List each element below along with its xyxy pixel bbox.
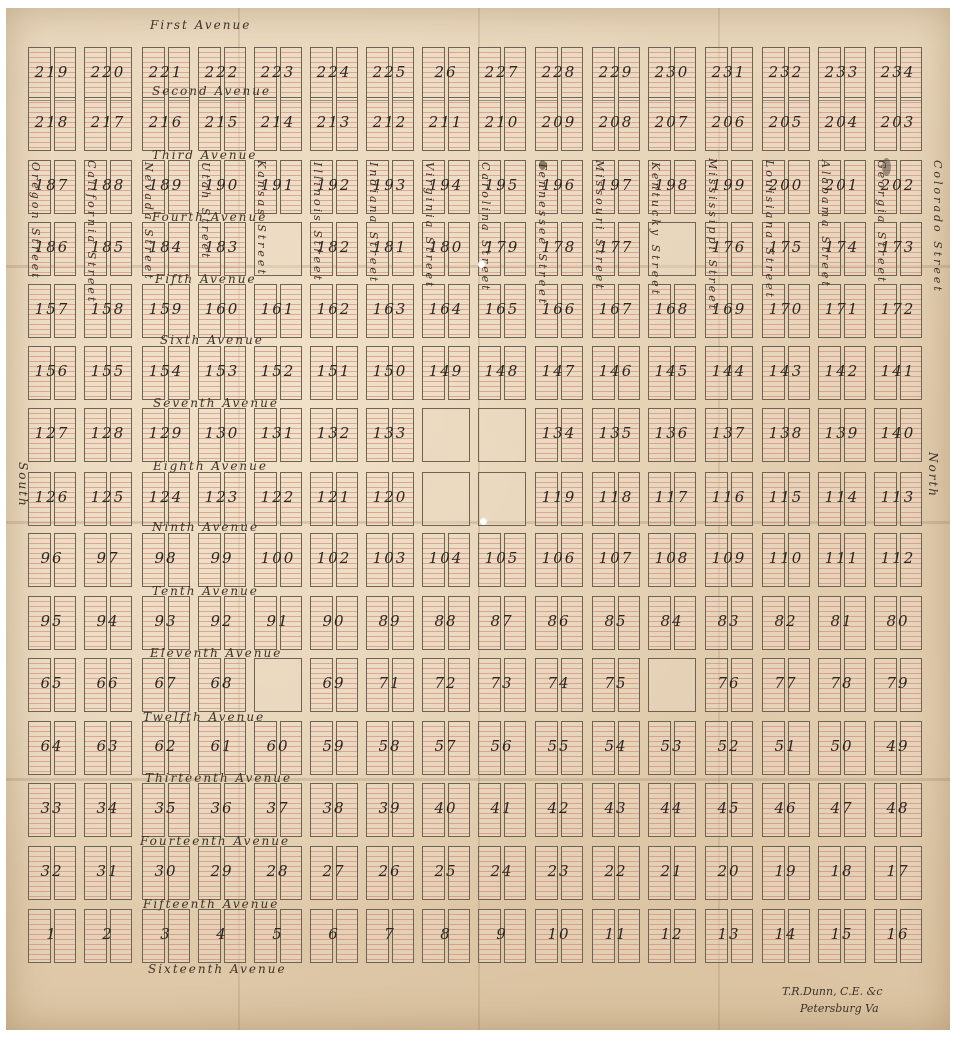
city-block: 118 <box>592 472 640 526</box>
lot-half <box>844 160 867 214</box>
lot-half <box>28 596 51 650</box>
lot-half <box>535 721 558 775</box>
lot-half <box>280 408 303 462</box>
lot-half <box>28 47 51 101</box>
lot-half <box>705 909 728 963</box>
lot-half <box>788 533 811 587</box>
lot-half <box>110 408 133 462</box>
lot-half <box>110 846 133 900</box>
lot-half <box>366 721 389 775</box>
lot-half <box>674 472 697 526</box>
lot-half <box>535 47 558 101</box>
lot-half <box>422 47 445 101</box>
city-block: 115 <box>762 472 810 526</box>
lot-half <box>731 846 754 900</box>
lot-half <box>535 658 558 712</box>
street-label: Missouri Street <box>593 160 606 292</box>
city-block: 79 <box>874 658 922 712</box>
lot-half <box>818 596 841 650</box>
lot-half <box>448 909 471 963</box>
lot-half <box>618 284 641 338</box>
city-block: 227 <box>478 47 526 101</box>
lot-half <box>648 97 671 151</box>
city-block: 203 <box>874 97 922 151</box>
lot-half <box>366 472 389 526</box>
city-block: 234 <box>874 47 922 101</box>
lot-half <box>674 47 697 101</box>
lot-half <box>280 846 303 900</box>
lot-half <box>535 533 558 587</box>
lot-half <box>110 909 133 963</box>
lot-half <box>310 47 333 101</box>
lot-half <box>705 97 728 151</box>
lot-half <box>84 658 107 712</box>
ink-stain <box>882 158 891 176</box>
lot-half <box>618 658 641 712</box>
lot-half <box>478 783 501 837</box>
lot-half <box>762 783 785 837</box>
lot-half <box>54 346 77 400</box>
lot-half <box>142 909 165 963</box>
lot-half <box>142 721 165 775</box>
city-block: 44 <box>648 783 696 837</box>
city-block: 19 <box>762 846 810 900</box>
lot-half <box>28 658 51 712</box>
lot-half <box>874 846 897 900</box>
lot-half <box>392 909 415 963</box>
city-block: 78 <box>818 658 866 712</box>
lot-half <box>392 533 415 587</box>
city-block: 18 <box>818 846 866 900</box>
lot-half <box>788 472 811 526</box>
city-block: 14 <box>762 909 810 963</box>
lot-half <box>731 160 754 214</box>
lot-half <box>28 408 51 462</box>
lot-half <box>392 846 415 900</box>
lot-half <box>168 533 191 587</box>
city-block: 81 <box>818 596 866 650</box>
lot-half <box>648 846 671 900</box>
pin-hole <box>480 518 487 525</box>
lot-half <box>478 97 501 151</box>
city-block: 117 <box>648 472 696 526</box>
city-block: 51 <box>762 721 810 775</box>
lot-half <box>366 47 389 101</box>
city-block: 59 <box>310 721 358 775</box>
lot-half <box>762 533 785 587</box>
city-block: 139 <box>818 408 866 462</box>
city-block: 119 <box>535 472 583 526</box>
city-block: 217 <box>84 97 132 151</box>
lot-half <box>788 408 811 462</box>
lot-half <box>310 346 333 400</box>
lot-half <box>366 284 389 338</box>
lot-half <box>762 909 785 963</box>
lot-half <box>705 533 728 587</box>
lot-half <box>818 284 841 338</box>
city-block: 12 <box>648 909 696 963</box>
city-block: 53 <box>648 721 696 775</box>
lot-half <box>478 346 501 400</box>
lot-half <box>54 97 77 151</box>
lot-half <box>762 47 785 101</box>
city-block: 22 <box>592 846 640 900</box>
lot-half <box>874 721 897 775</box>
city-block: 49 <box>874 721 922 775</box>
lot-half <box>392 658 415 712</box>
lot-half <box>788 97 811 151</box>
lot-half <box>504 222 527 276</box>
city-block: 27 <box>310 846 358 900</box>
lot-half <box>198 472 221 526</box>
lot-half <box>310 783 333 837</box>
lot-half <box>54 658 77 712</box>
lot-half <box>818 47 841 101</box>
lot-half <box>448 97 471 151</box>
city-block: 113 <box>874 472 922 526</box>
city-block: 46 <box>762 783 810 837</box>
lot-half <box>142 783 165 837</box>
avenue-label: Thirteenth Avenue <box>145 771 292 785</box>
lot-half <box>198 783 221 837</box>
city-block: 231 <box>705 47 753 101</box>
lot-half <box>254 909 277 963</box>
lot-half <box>110 222 133 276</box>
lot-half <box>818 783 841 837</box>
city-block: 8 <box>422 909 470 963</box>
lot-half <box>874 596 897 650</box>
city-block: 74 <box>535 658 583 712</box>
lot-half <box>648 346 671 400</box>
lot-half <box>168 97 191 151</box>
lot-half <box>168 721 191 775</box>
lot-half <box>592 783 615 837</box>
city-block: 142 <box>818 346 866 400</box>
lot-half <box>592 596 615 650</box>
lot-half <box>818 846 841 900</box>
city-block: 41 <box>478 783 526 837</box>
avenue-label: Eleventh Avenue <box>150 646 282 660</box>
lot-half <box>535 346 558 400</box>
lot-half <box>648 47 671 101</box>
city-block: 13 <box>705 909 753 963</box>
lot-half <box>818 533 841 587</box>
lot-half <box>844 47 867 101</box>
city-block: 210 <box>478 97 526 151</box>
lot-half <box>448 721 471 775</box>
lot-half <box>392 346 415 400</box>
lot-half <box>731 783 754 837</box>
city-block: 123 <box>198 472 246 526</box>
lot-half <box>818 658 841 712</box>
lot-half <box>142 346 165 400</box>
lot-half <box>336 846 359 900</box>
lot-half <box>731 284 754 338</box>
city-block: 40 <box>422 783 470 837</box>
city-block: 87 <box>478 596 526 650</box>
lot-half <box>788 846 811 900</box>
lot-half <box>705 846 728 900</box>
lot-half <box>336 472 359 526</box>
lot-half <box>900 783 923 837</box>
city-block: 25 <box>422 846 470 900</box>
lot-half <box>198 533 221 587</box>
lot-half <box>254 408 277 462</box>
city-block: 112 <box>874 533 922 587</box>
lot-half <box>28 533 51 587</box>
city-block: 82 <box>762 596 810 650</box>
public-square <box>648 658 696 712</box>
lot-half <box>818 346 841 400</box>
lot-half <box>844 846 867 900</box>
city-block: 121 <box>310 472 358 526</box>
lot-half <box>168 284 191 338</box>
lot-half <box>422 284 445 338</box>
lot-half <box>168 909 191 963</box>
lot-half <box>336 658 359 712</box>
lot-half <box>448 346 471 400</box>
lot-half <box>592 533 615 587</box>
city-block: 213 <box>310 97 358 151</box>
lot-half <box>336 160 359 214</box>
city-block: 29 <box>198 846 246 900</box>
lot-half <box>874 909 897 963</box>
lot-half <box>900 284 923 338</box>
lot-half <box>674 783 697 837</box>
city-block: 129 <box>142 408 190 462</box>
city-block: 128 <box>84 408 132 462</box>
lot-half <box>310 533 333 587</box>
city-block: 143 <box>762 346 810 400</box>
lot-half <box>535 97 558 151</box>
street-label: Oregon Street <box>29 162 42 281</box>
lot-half <box>422 658 445 712</box>
lot-half <box>592 472 615 526</box>
lot-half <box>648 721 671 775</box>
lot-half <box>561 596 584 650</box>
lot-half <box>54 846 77 900</box>
lot-half <box>648 909 671 963</box>
city-block: 110 <box>762 533 810 587</box>
lot-half <box>788 222 811 276</box>
lot-half <box>731 346 754 400</box>
city-block: 64 <box>28 721 76 775</box>
lot-half <box>142 408 165 462</box>
lot-half <box>504 721 527 775</box>
city-block: 157 <box>28 284 76 338</box>
city-block: 138 <box>762 408 810 462</box>
lot-half <box>731 909 754 963</box>
lot-half <box>224 533 247 587</box>
city-block: 85 <box>592 596 640 650</box>
city-block: 11 <box>592 909 640 963</box>
city-block: 207 <box>648 97 696 151</box>
lot-half <box>592 408 615 462</box>
city-block: 120 <box>366 472 414 526</box>
lot-half <box>336 408 359 462</box>
lot-half <box>54 160 77 214</box>
city-block: 162 <box>310 284 358 338</box>
lot-half <box>731 721 754 775</box>
lot-half <box>731 533 754 587</box>
lot-half <box>844 721 867 775</box>
lot-half <box>535 783 558 837</box>
city-block: 91 <box>254 596 302 650</box>
lot-half <box>336 97 359 151</box>
lot-half <box>224 408 247 462</box>
city-block: 71 <box>366 658 414 712</box>
lot-half <box>310 846 333 900</box>
lot-half <box>224 222 247 276</box>
city-block: 55 <box>535 721 583 775</box>
lot-half <box>618 346 641 400</box>
lot-half <box>142 97 165 151</box>
lot-half <box>674 160 697 214</box>
lot-half <box>142 658 165 712</box>
lot-half <box>618 222 641 276</box>
public-square <box>422 408 470 462</box>
city-block: 132 <box>310 408 358 462</box>
lot-half <box>110 533 133 587</box>
city-block: 58 <box>366 721 414 775</box>
city-block: 136 <box>648 408 696 462</box>
lot-half <box>224 346 247 400</box>
lot-half <box>54 721 77 775</box>
lot-half <box>448 846 471 900</box>
lot-half <box>448 783 471 837</box>
lot-half <box>198 284 221 338</box>
city-block: 89 <box>366 596 414 650</box>
city-block: 36 <box>198 783 246 837</box>
lot-half <box>392 222 415 276</box>
street-label: Nevada Street <box>142 162 155 282</box>
lot-half <box>674 533 697 587</box>
lot-half <box>366 346 389 400</box>
city-block: 84 <box>648 596 696 650</box>
city-block: 94 <box>84 596 132 650</box>
lot-half <box>310 472 333 526</box>
city-block: 86 <box>535 596 583 650</box>
lot-half <box>762 721 785 775</box>
avenue-label: Twelfth Avenue <box>143 710 265 724</box>
lot-half <box>54 47 77 101</box>
city-block: 2 <box>84 909 132 963</box>
lot-half <box>366 783 389 837</box>
lot-half <box>731 47 754 101</box>
lot-half <box>844 97 867 151</box>
lot-half <box>168 346 191 400</box>
lot-half <box>535 596 558 650</box>
lot-half <box>731 472 754 526</box>
lot-half <box>731 596 754 650</box>
avenue-label: Seventh Avenue <box>153 396 279 410</box>
lot-half <box>818 408 841 462</box>
city-block: 204 <box>818 97 866 151</box>
square-outline <box>422 472 470 526</box>
lot-half <box>561 97 584 151</box>
lot-half <box>310 596 333 650</box>
lot-half <box>366 97 389 151</box>
lot-half <box>168 408 191 462</box>
lot-half <box>478 533 501 587</box>
lot-half <box>900 97 923 151</box>
lot-half <box>592 721 615 775</box>
city-block: 230 <box>648 47 696 101</box>
city-block: 148 <box>478 346 526 400</box>
lot-half <box>54 533 77 587</box>
city-block: 6 <box>310 909 358 963</box>
lot-half <box>705 721 728 775</box>
lot-half <box>54 596 77 650</box>
lot-half <box>224 783 247 837</box>
lot-half <box>762 346 785 400</box>
lot-half <box>618 596 641 650</box>
lot-half <box>674 909 697 963</box>
lot-half <box>705 408 728 462</box>
lot-half <box>504 346 527 400</box>
lot-half <box>618 160 641 214</box>
city-block: 103 <box>366 533 414 587</box>
lot-half <box>198 658 221 712</box>
lot-half <box>762 846 785 900</box>
lot-half <box>478 846 501 900</box>
avenue-label: Sixth Avenue <box>160 333 264 347</box>
lot-half <box>310 909 333 963</box>
lot-half <box>142 472 165 526</box>
city-block: 159 <box>142 284 190 338</box>
lot-half <box>844 472 867 526</box>
city-block: 130 <box>198 408 246 462</box>
lot-half <box>504 97 527 151</box>
lot-half <box>198 596 221 650</box>
city-block: 96 <box>28 533 76 587</box>
city-block: 133 <box>366 408 414 462</box>
lot-half <box>504 658 527 712</box>
lot-half <box>224 160 247 214</box>
lot-half <box>422 846 445 900</box>
lot-half <box>254 783 277 837</box>
city-block: 33 <box>28 783 76 837</box>
lot-half <box>648 408 671 462</box>
lot-half <box>731 658 754 712</box>
lot-half <box>110 658 133 712</box>
lot-half <box>54 783 77 837</box>
lot-half <box>874 47 897 101</box>
city-block: 232 <box>762 47 810 101</box>
city-block: 116 <box>705 472 753 526</box>
lot-half <box>561 222 584 276</box>
avenue-label: Third Avenue <box>152 148 257 162</box>
city-block: 105 <box>478 533 526 587</box>
city-block: 206 <box>705 97 753 151</box>
lot-half <box>280 596 303 650</box>
lot-half <box>448 284 471 338</box>
lot-half <box>168 783 191 837</box>
city-block: 167 <box>592 284 640 338</box>
city-block: 106 <box>535 533 583 587</box>
lot-half <box>618 533 641 587</box>
lot-half <box>844 346 867 400</box>
city-block: 107 <box>592 533 640 587</box>
city-block: 68 <box>198 658 246 712</box>
street-label: Alabama Street <box>819 160 832 289</box>
city-block: 61 <box>198 721 246 775</box>
lot-half <box>54 284 77 338</box>
avenue-label: Fourteenth Avenue <box>140 834 290 848</box>
lot-half <box>900 408 923 462</box>
lot-half <box>818 909 841 963</box>
city-block: 156 <box>28 346 76 400</box>
